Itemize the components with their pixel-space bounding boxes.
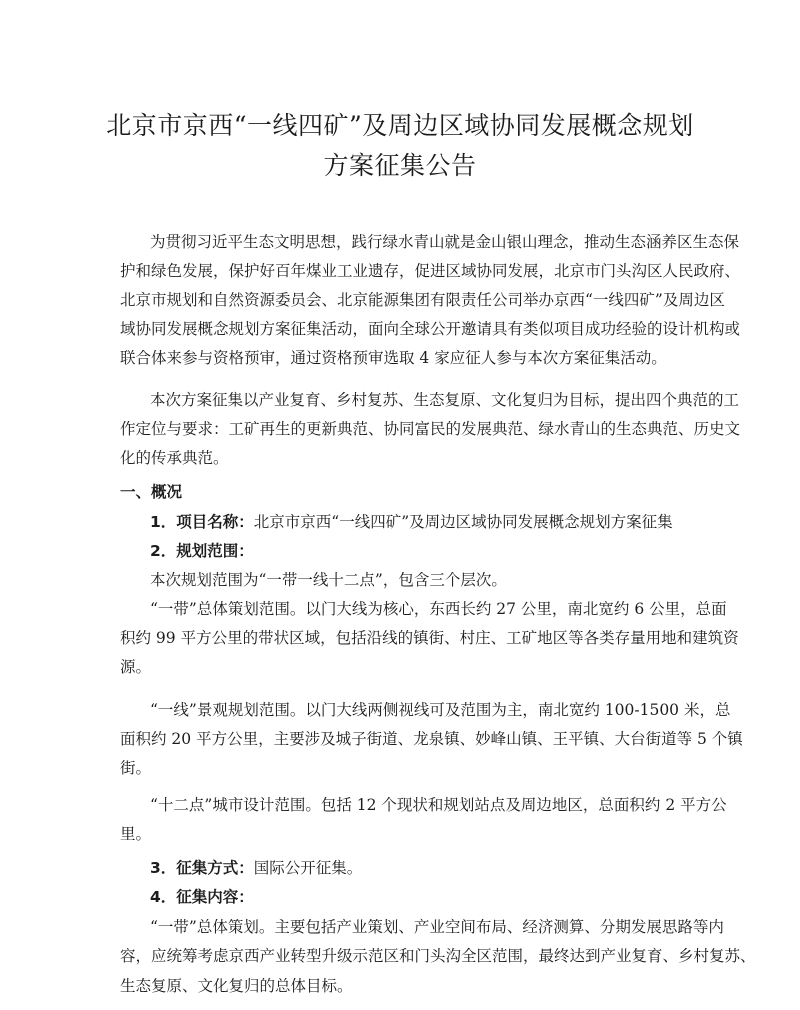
section-heading: 一、概况	[120, 482, 682, 502]
content-line: 生态复原、文化复归的总体目标。	[120, 976, 682, 996]
belt-line: 积约 99 平方公里的带状区域，包括沿线的镇街、村庄、工矿地区等各类存量用地和建…	[120, 628, 682, 648]
content-line: 容，应统筹考虑京西产业转型升级示范区和门头沟全区范围，最终达到产业复育、乡村复苏…	[120, 946, 682, 966]
intro-line: 护和绿色发展，保护好百年煤业工业遗存，促进区域协同发展，北京市门头沟区人民政府、	[120, 261, 682, 281]
intro-line: 联合体来参与资格预审，通过资格预审选取 4 家应征人参与本次方案征集活动。	[120, 348, 682, 368]
item-value: 北京市京西“一线四矿”及周边区域协同发展概念规划方案征集	[254, 513, 673, 531]
item-label: 1．项目名称：	[150, 513, 254, 531]
item-value: 国际公开征集。	[254, 859, 363, 877]
item-collection-method: 3．征集方式：国际公开征集。	[150, 858, 682, 878]
belt-line: “一带”总体策划范围。以门大线为核心，东西长约 27 公里，南北宽约 6 公里，…	[150, 599, 682, 619]
item-project-name: 1．项目名称：北京市京西“一线四矿”及周边区域协同发展概念规划方案征集	[150, 512, 682, 532]
item-label: 2．规划范围：	[150, 542, 254, 560]
item-planning-scope: 2．规划范围：	[150, 541, 682, 561]
content-line: “一带”总体策划。主要包括产业策划、产业空间布局、经济测算、分期发展思路等内	[150, 917, 682, 937]
line-scope-line: “一线”景观规划范围。以门大线两侧视线可及范围为主，南北宽约 100-1500 …	[150, 700, 682, 720]
scope-intro: 本次规划范围为“一带一线十二点”，包含三个层次。	[150, 570, 682, 590]
intro-line: 为贯彻习近平生态文明思想，践行绿水青山就是金山银山理念，推动生态涵养区生态保	[150, 232, 682, 252]
goals-line: 化的传承典范。	[120, 448, 682, 468]
document-title-line2: 方案征集公告	[100, 146, 700, 182]
intro-line: 北京市规划和自然资源委员会、北京能源集团有限责任公司举办京西“一线四矿”及周边区	[120, 290, 682, 310]
item-collection-content: 4．征集内容：	[150, 887, 682, 907]
twelve-points-line: 里。	[120, 824, 682, 844]
document-title-line1: 北京市京西“一线四矿”及周边区域协同发展概念规划	[100, 106, 700, 142]
intro-line: 域协同发展概念规划方案征集活动，面向全球公开邀请具有类似项目成功经验的设计机构或	[120, 319, 682, 339]
line-scope-line: 街。	[120, 758, 682, 778]
item-label: 4．征集内容：	[150, 888, 254, 906]
document-page: 北京市京西“一线四矿”及周边区域协同发展概念规划 方案征集公告 为贯彻习近平生态…	[0, 0, 800, 1010]
goals-line: 作定位与要求：工矿再生的更新典范、协同富民的发展典范、绿水青山的生态典范、历史文	[120, 419, 682, 439]
twelve-points-line: “十二点”城市设计范围。包括 12 个现状和规划站点及周边地区，总面积约 2 平…	[150, 795, 682, 815]
goals-line: 本次方案征集以产业复育、乡村复苏、生态复原、文化复归为目标，提出四个典范的工	[150, 390, 682, 410]
line-scope-line: 面积约 20 平方公里，主要涉及城子街道、龙泉镇、妙峰山镇、王平镇、大台街道等 …	[120, 729, 682, 749]
item-label: 3．征集方式：	[150, 859, 254, 877]
belt-line: 源。	[120, 657, 682, 677]
